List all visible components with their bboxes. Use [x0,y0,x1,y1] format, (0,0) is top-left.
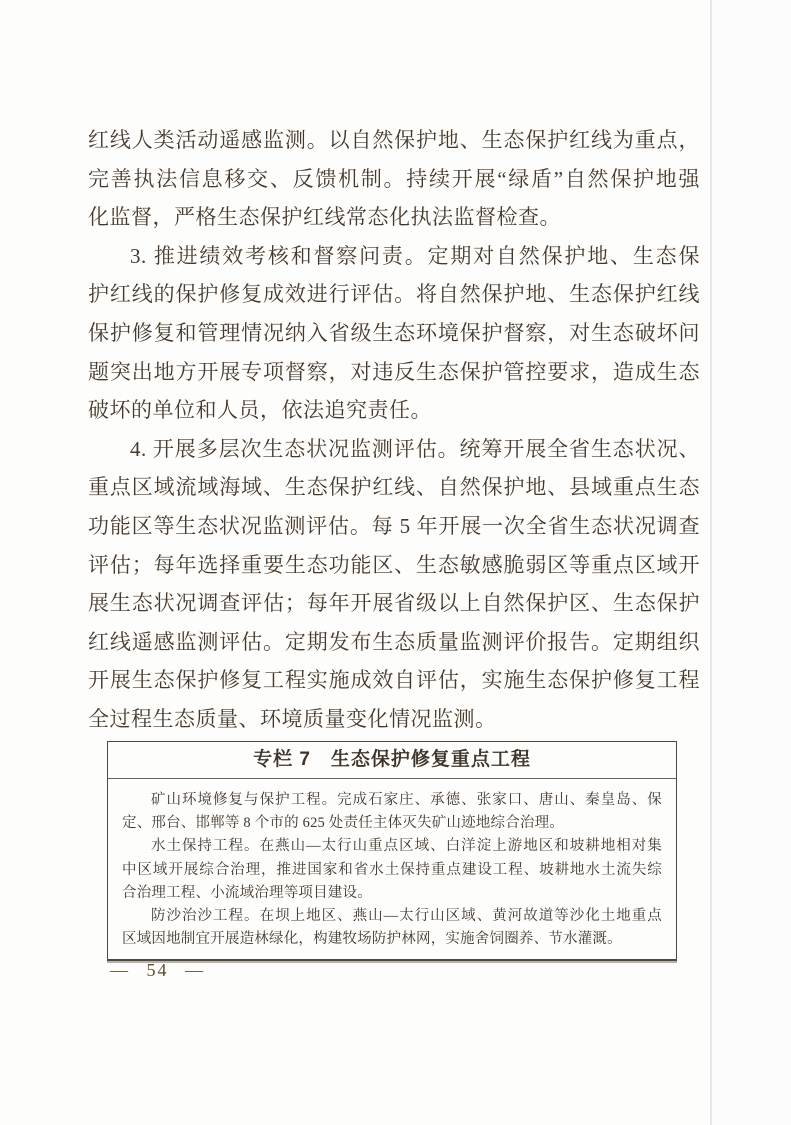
body-text-line: 保护修复和管理情况纳入省级生态环境保护督察，对生态破坏问 [88,314,700,353]
body-text-line: 展生态状况调查评估；每年开展省级以上自然保护区、生态保护 [88,584,700,623]
body-text-line: 开展生态保护修复工程实施成效自评估，实施生态保护修复工程 [88,661,700,700]
body-text-line: 红线遥感监测评估。定期发布生态质量监测评价报告。定期组织 [88,623,700,662]
body-text-line: 护红线的保护修复成效进行评估。将自然保护地、生态保护红线 [88,275,700,314]
callout-box-title: 专栏 7 生态保护修复重点工程 [108,742,676,779]
body-text-line: 题突出地方开展专项督察，对违反生态保护管控要求，造成生态 [88,353,700,392]
document-page: 红线人类活动遥感监测。以自然保护地、生态保护红线为重点，完善执法信息移交、反馈机… [0,0,791,1125]
callout-text-line: 水土保持工程。在燕山—太行山重点区域、白洋淀上游地区和坡耕地相对集 [122,835,662,858]
callout-text-line: 矿山环境修复与保护工程。完成石家庄、承德、张家口、唐山、秦皇岛、保 [122,789,662,812]
body-text-line: 4. 开展多层次生态状况监测评估。统筹开展全省生态状况、 [88,430,700,469]
scan-artifact-line [710,0,712,1125]
callout-text-line: 区域因地制宜开展造林绿化，构建牧场防护林网，实施舍饲圈养、节水灌溉。 [122,928,662,951]
body-text: 红线人类活动遥感监测。以自然保护地、生态保护红线为重点，完善执法信息移交、反馈机… [88,121,700,739]
body-text-line: 化监督，严格生态保护红线常态化执法监督检查。 [88,198,700,237]
body-text-line: 功能区等生态状况监测评估。每 5 年开展一次全省生态状况调查 [88,507,700,546]
body-text-line: 评估；每年选择重要生态功能区、生态敏感脆弱区等重点区域开 [88,546,700,585]
callout-box-body: 矿山环境修复与保护工程。完成石家庄、承德、张家口、唐山、秦皇岛、保定、邢台、邯郸… [108,779,676,959]
body-text-line: 全过程生态质量、环境质量变化情况监测。 [88,700,700,739]
body-text-line: 重点区域流域海域、生态保护红线、自然保护地、县域重点生态 [88,468,700,507]
body-text-line: 破坏的单位和人员，依法追究责任。 [88,391,700,430]
callout-text-line: 定、邢台、邯郸等 8 个市的 625 处责任主体灭失矿山迹地综合治理。 [122,812,662,835]
page-number: — 54 — [110,960,205,981]
body-text-line: 完善执法信息移交、反馈机制。持续开展“绿盾”自然保护地强 [88,160,700,199]
callout-box: 专栏 7 生态保护修复重点工程 矿山环境修复与保护工程。完成石家庄、承德、张家口… [107,741,677,961]
scan-edge-strip [712,0,791,1125]
callout-text-line: 防沙治沙工程。在坝上地区、燕山—太行山区域、黄河故道等沙化土地重点 [122,905,662,928]
callout-text-line: 中区域开展综合治理，推进国家和省水土保持重点建设工程、坡耕地水土流失综 [122,859,662,882]
body-text-line: 红线人类活动遥感监测。以自然保护地、生态保护红线为重点， [88,121,700,160]
body-text-line: 3. 推进绩效考核和督察问责。定期对自然保护地、生态保 [88,237,700,276]
callout-text-line: 合治理工程、小流域治理等项目建设。 [122,882,662,905]
